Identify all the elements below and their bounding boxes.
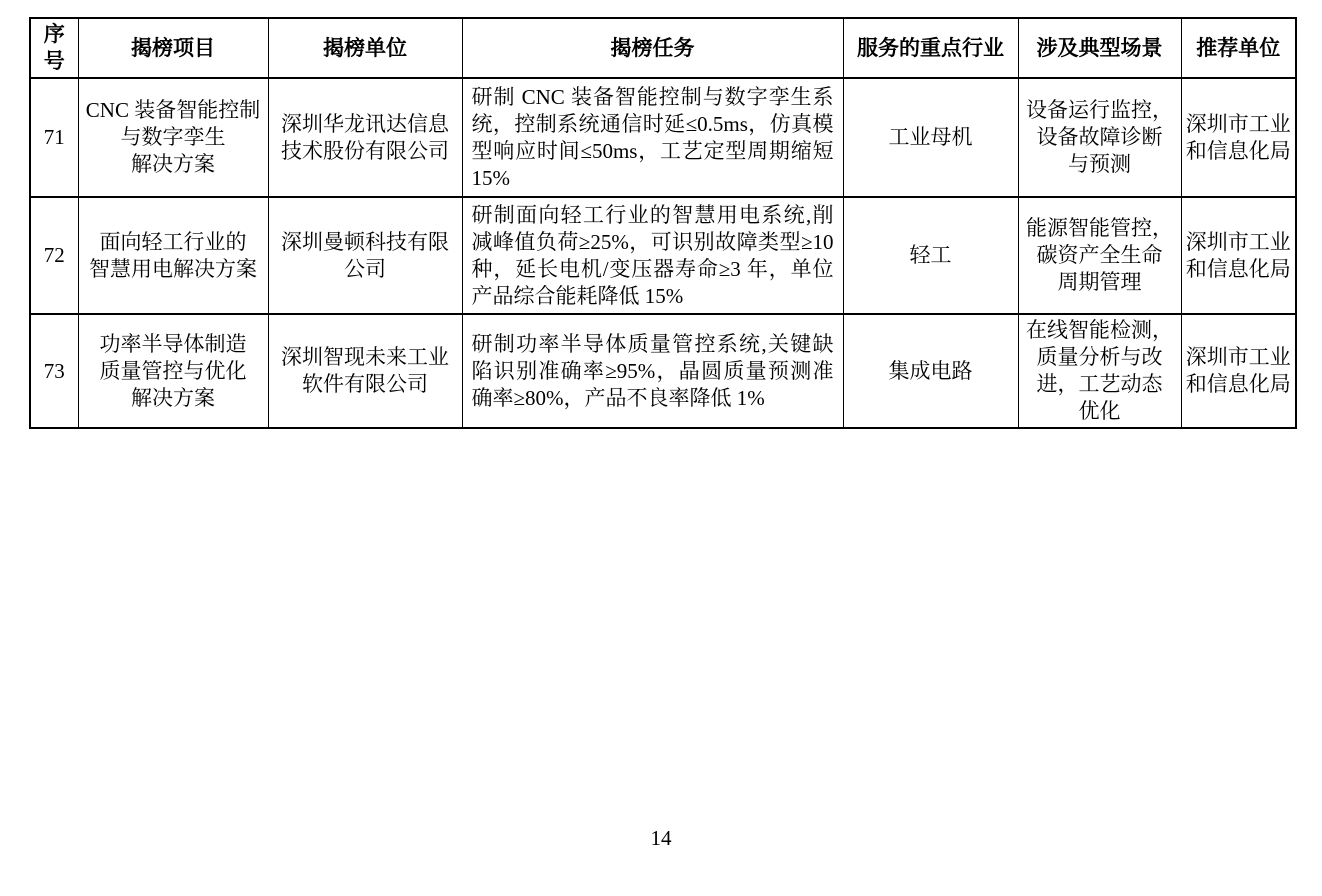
col-header-unit: 揭榜单位 — [268, 18, 462, 78]
cell-task: 研制面向轻工行业的智慧用电系统,削减峰值负荷≥25%，可识别故障类型≥10 种，… — [462, 197, 843, 314]
cell-recommender: 深圳市工业 和信息化局 — [1181, 197, 1296, 314]
table-row: 72 面向轻工行业的 智慧用电解决方案 深圳曼顿科技有限 公司 研制面向轻工行业… — [30, 197, 1296, 314]
col-header-industry: 服务的重点行业 — [843, 18, 1018, 78]
cell-industry: 轻工 — [843, 197, 1018, 314]
cell-task: 研制功率半导体质量管控系统,关键缺陷识别准确率≥95%，晶圆质量预测准确率≥80… — [462, 314, 843, 428]
cell-industry: 工业母机 — [843, 78, 1018, 197]
table-row: 73 功率半导体制造 质量管控与优化 解决方案 深圳智现未来工业 软件有限公司 … — [30, 314, 1296, 428]
cell-recommender: 深圳市工业 和信息化局 — [1181, 314, 1296, 428]
cell-project: 面向轻工行业的 智慧用电解决方案 — [78, 197, 268, 314]
col-header-project: 揭榜项目 — [78, 18, 268, 78]
cell-recommender: 深圳市工业 和信息化局 — [1181, 78, 1296, 197]
cell-unit: 深圳曼顿科技有限 公司 — [268, 197, 462, 314]
bidding-projects-table: 序号 揭榜项目 揭榜单位 揭榜任务 服务的重点行业 涉及典型场景 推荐单位 71… — [29, 17, 1297, 429]
cell-project: 功率半导体制造 质量管控与优化 解决方案 — [78, 314, 268, 428]
cell-index: 71 — [30, 78, 78, 197]
table-header-row: 序号 揭榜项目 揭榜单位 揭榜任务 服务的重点行业 涉及典型场景 推荐单位 — [30, 18, 1296, 78]
cell-scenarios: 设备运行监控， 设备故障诊断 与预测 — [1018, 78, 1181, 197]
cell-index: 72 — [30, 197, 78, 314]
col-header-scenarios: 涉及典型场景 — [1018, 18, 1181, 78]
table-row: 71 CNC 装备智能控制 与数字孪生 解决方案 深圳华龙讯达信息 技术股份有限… — [30, 78, 1296, 197]
page-number: 14 — [0, 826, 1322, 851]
col-header-task: 揭榜任务 — [462, 18, 843, 78]
document-page: 序号 揭榜项目 揭榜单位 揭榜任务 服务的重点行业 涉及典型场景 推荐单位 71… — [0, 0, 1322, 896]
cell-unit: 深圳华龙讯达信息 技术股份有限公司 — [268, 78, 462, 197]
cell-scenarios: 在线智能检测， 质量分析与改 进，工艺动态 优化 — [1018, 314, 1181, 428]
col-header-index: 序号 — [30, 18, 78, 78]
cell-unit: 深圳智现未来工业 软件有限公司 — [268, 314, 462, 428]
col-header-recommender: 推荐单位 — [1181, 18, 1296, 78]
cell-project: CNC 装备智能控制 与数字孪生 解决方案 — [78, 78, 268, 197]
cell-index: 73 — [30, 314, 78, 428]
cell-industry: 集成电路 — [843, 314, 1018, 428]
cell-scenarios: 能源智能管控， 碳资产全生命 周期管理 — [1018, 197, 1181, 314]
cell-task: 研制 CNC 装备智能控制与数字孪生系统，控制系统通信时延≤0.5ms，仿真模型… — [462, 78, 843, 197]
